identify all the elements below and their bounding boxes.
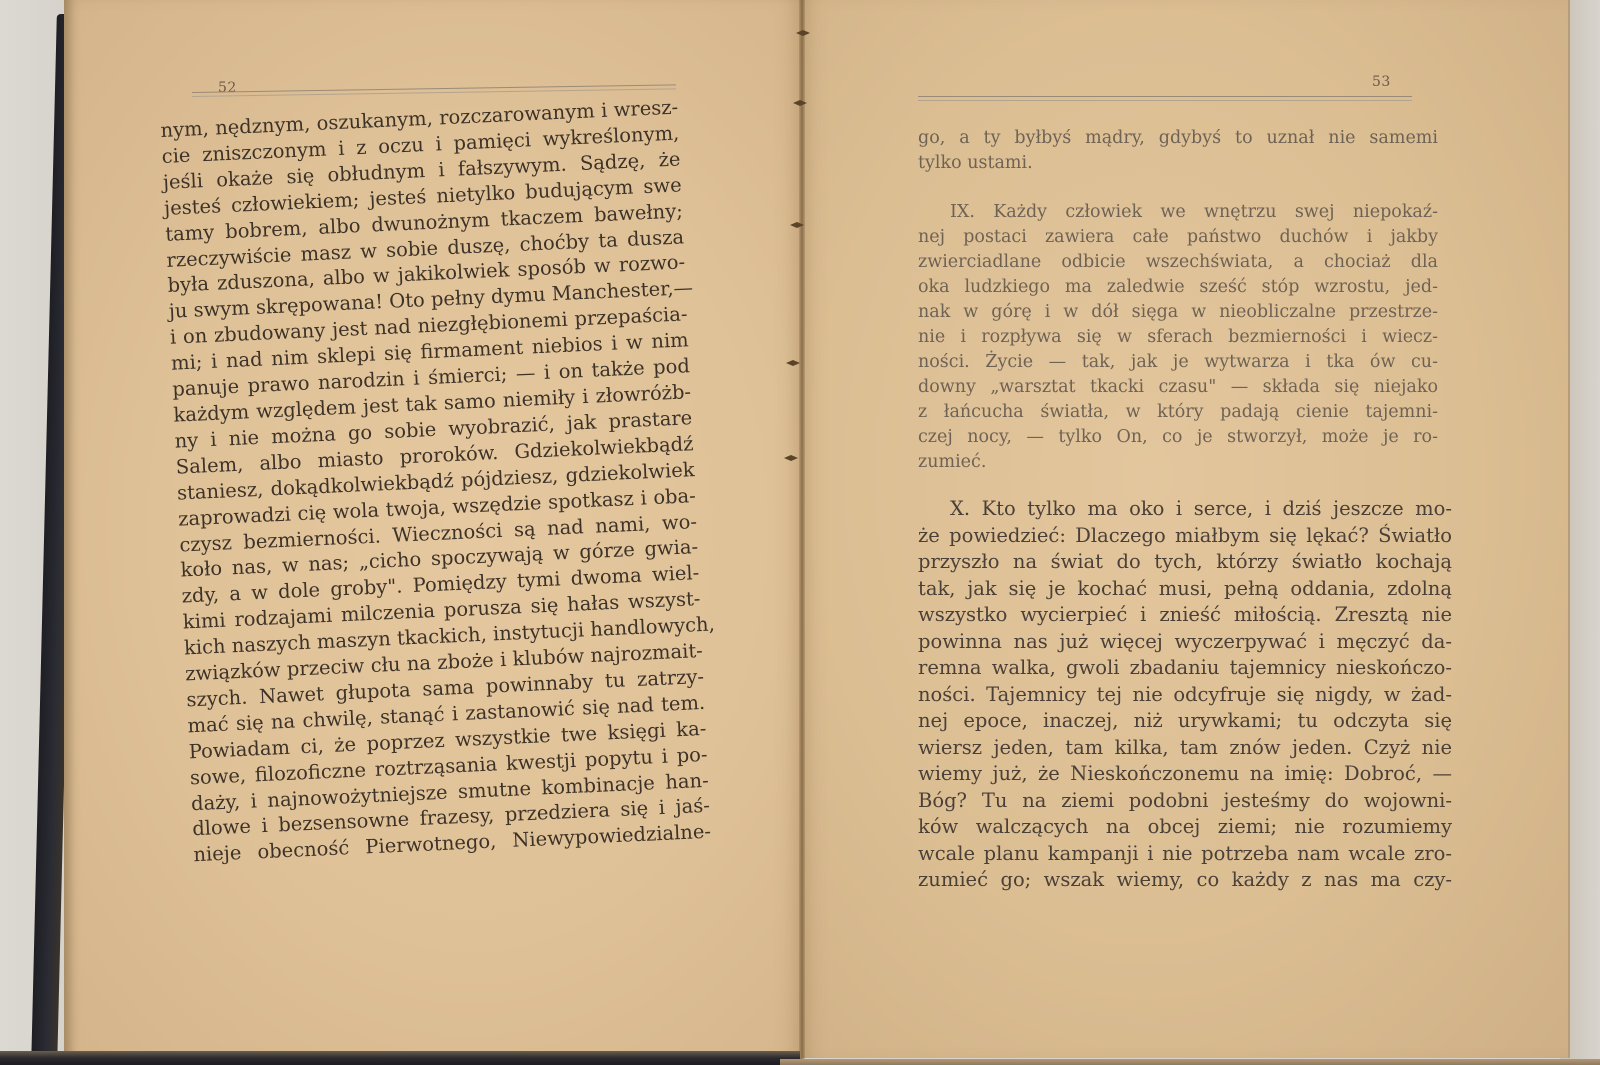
- text-line: remna walka, gwoli zbadaniu tajemnicy ni…: [918, 655, 1452, 682]
- text-line: powinna nas już więcej wyczerpywać i męc…: [918, 629, 1452, 656]
- text-line: wiersz jeden, tam kilka, tam znów jeden.…: [918, 735, 1452, 762]
- text-line: ności. Życie — tak, jak je wytwarza i tk…: [918, 350, 1438, 375]
- text-line: wiemy już, że Nieskończonemu na imię: Do…: [918, 761, 1452, 788]
- page-edge-bottom: [780, 1059, 1600, 1065]
- text-line: nie i rozpływa się w sferach bezmiernośc…: [918, 325, 1438, 350]
- book-gutter: [799, 0, 805, 1060]
- book-cover-bottom: [0, 1051, 800, 1065]
- text-line: zumieć go; wszak wiemy, co każdy z nas m…: [918, 867, 1452, 894]
- text-line: zwierciadlane odbicie wszechświata, a ch…: [918, 250, 1438, 275]
- text-line: nej epoce, inaczej, niż urywkami; tu odc…: [918, 708, 1452, 735]
- header-rule-right: [918, 96, 1412, 101]
- text-line: zumieć.: [918, 450, 1438, 475]
- section-x: X. Kto tylko ma oko i serce, i dziś jesz…: [918, 496, 1452, 894]
- text-line: nej postaci zawiera całe państwo duchów …: [918, 225, 1438, 250]
- text-line: tylko ustami.: [918, 151, 1438, 176]
- text-line: downy „warsztat tkacki czasu" — składa s…: [918, 375, 1438, 400]
- text-line: tak, jak się je kochać musi, pełną oddan…: [918, 576, 1452, 603]
- section-ix-heading-line: IX. Każdy człowiek we wnętrzu swej niepo…: [918, 200, 1438, 225]
- page-number-right: 53: [1372, 74, 1391, 90]
- text-line: wszystko wycierpieć i znieść miłością. Z…: [918, 602, 1452, 629]
- text-line: ności. Tajemnicy tej nie odcyfruje się n…: [918, 682, 1452, 709]
- text-line: go, a ty byłbyś mądry, gdybyś to uznał n…: [918, 126, 1438, 151]
- text-line: przyszło na świat do tych, którzy światł…: [918, 549, 1452, 576]
- right-page-continuation: go, a ty byłbyś mądry, gdybyś to uznał n…: [918, 126, 1438, 176]
- text-line: ków walczących na obcej ziemi; nie rozum…: [918, 814, 1452, 841]
- section-x-heading-line: X. Kto tylko ma oko i serce, i dziś jesz…: [918, 496, 1452, 523]
- text-line: nak w górę i w dół sięga w nieobliczalne…: [918, 300, 1438, 325]
- text-line: oka ludzkiego ma zaledwie sześć stóp wzr…: [918, 275, 1438, 300]
- text-line: wcale planu kampanji i nie potrzeba nam …: [918, 841, 1452, 868]
- text-line: z łańcucha światła, w który padają cieni…: [918, 400, 1438, 425]
- text-line: czej nocy, — tylko On, co je stworzył, m…: [918, 425, 1438, 450]
- text-line: że powiedzieć: Dlaczego miałbym się lęka…: [918, 523, 1452, 550]
- section-ix: IX. Każdy człowiek we wnętrzu swej niepo…: [918, 200, 1438, 475]
- left-page-body: nym, nędznym, oszukanym, rozczarowanym i…: [160, 95, 712, 869]
- text-line: Bóg? Tu na ziemi podobni jesteśmy do woj…: [918, 788, 1452, 815]
